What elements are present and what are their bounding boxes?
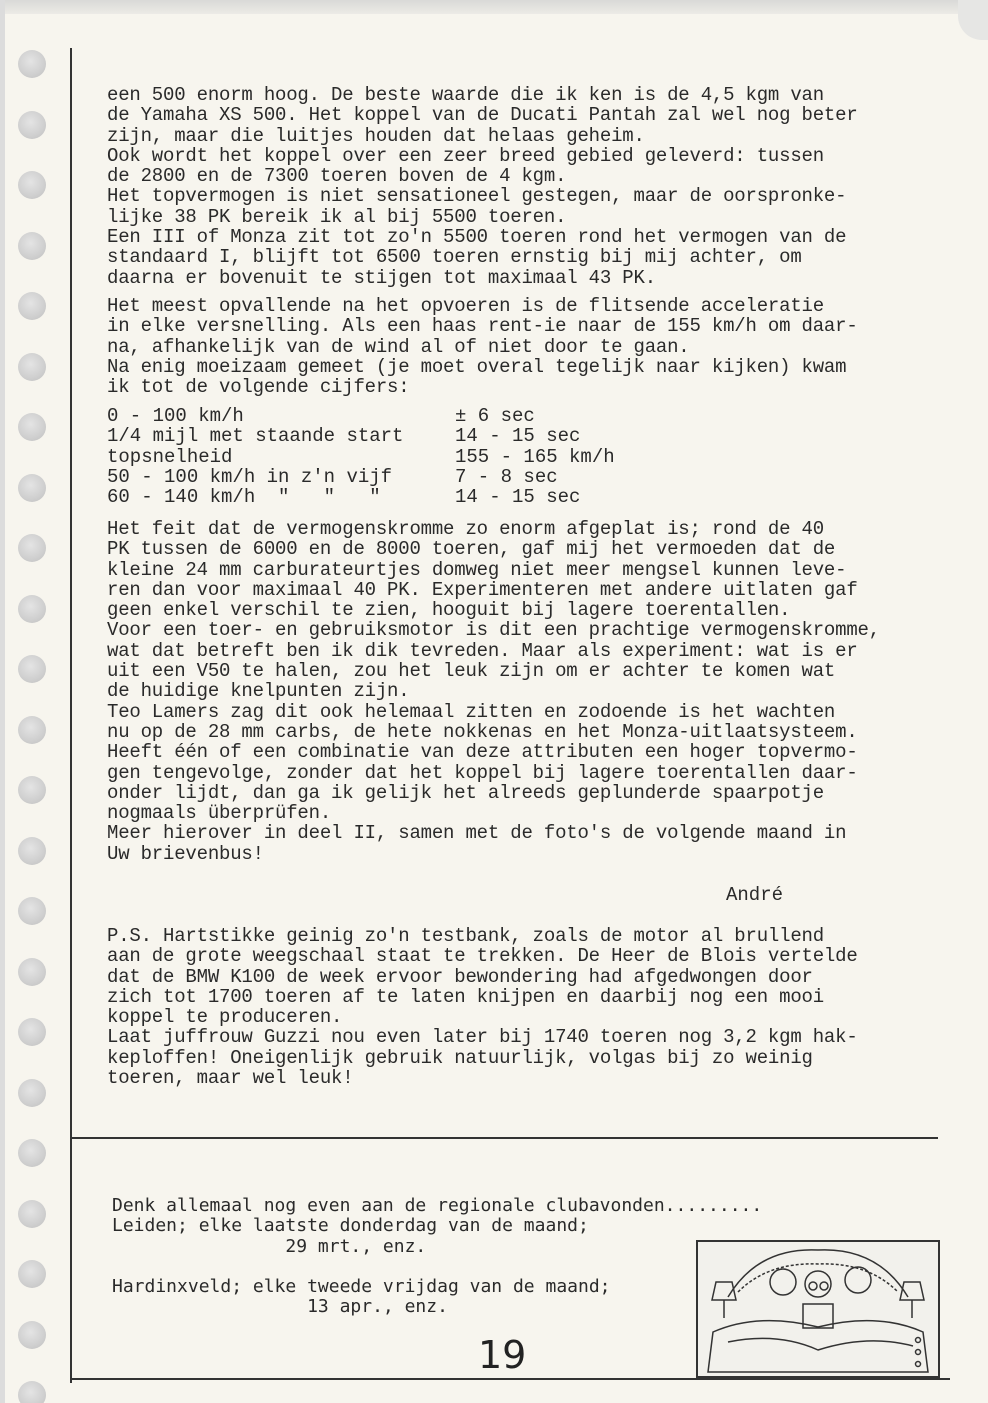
text-line: Het meest opvallende na het opvoeren is … bbox=[107, 296, 967, 316]
text-line: de huidige knelpunten zijn. bbox=[107, 681, 967, 701]
text-line: Hardinxveld; elke tweede vrijdag van de … bbox=[112, 1276, 762, 1296]
acceleration-table: 0 - 100 km/h± 6 sec1/4 mijl met staande … bbox=[107, 406, 615, 507]
text-line bbox=[112, 1256, 762, 1276]
measurement-label: topsnelheid bbox=[107, 447, 455, 467]
text-line: daarna er bovenuit te stijgen tot maxima… bbox=[107, 268, 967, 288]
text-line: Voor een toer- en gebruiksmotor is dit e… bbox=[107, 620, 967, 640]
text-line: Na enig moeizaam gemeet (je moet overal … bbox=[107, 357, 967, 377]
section-divider-top bbox=[70, 1137, 938, 1139]
text-line: lijke 38 PK bereik ik al bij 5500 toeren… bbox=[107, 207, 967, 227]
text-line: dat de BMW K100 de week ervoor bewonderi… bbox=[107, 967, 967, 987]
article-paragraph-1: een 500 enorm hoog. De beste waarde die … bbox=[107, 85, 967, 288]
bed-scene-icon bbox=[698, 1242, 938, 1376]
table-row: 50 - 100 km/h in z'n vijf7 - 8 sec bbox=[107, 467, 615, 487]
text-line: nu op de 28 mm carbs, de hete nokkenas e… bbox=[107, 722, 967, 742]
binder-hole bbox=[18, 1018, 46, 1046]
binder-hole bbox=[18, 655, 46, 683]
measurement-value: 14 - 15 sec bbox=[455, 426, 580, 446]
text-line: Het topvermogen is niet sensationeel ges… bbox=[107, 186, 967, 206]
text-line: kleine 24 mm carburateurtjes domweg niet… bbox=[107, 560, 967, 580]
text-line: Meer hierover in deel II, samen met de f… bbox=[107, 823, 967, 843]
binder-hole bbox=[18, 171, 46, 199]
section-divider-bottom bbox=[70, 1378, 950, 1380]
article-paragraph-2: Het meest opvallende na het opvoeren is … bbox=[107, 296, 967, 397]
text-line: Denk allemaal nog even aan de regionale … bbox=[112, 1195, 762, 1215]
binder-hole bbox=[18, 1079, 46, 1107]
text-line: uit een V50 te halen, zou het leuk zijn … bbox=[107, 661, 967, 681]
binder-hole bbox=[18, 232, 46, 260]
text-line: Laat juffrouw Guzzi nou even later bij 1… bbox=[107, 1027, 967, 1047]
measurement-value: 7 - 8 sec bbox=[455, 467, 558, 487]
text-line: Het feit dat de vermogenskromme zo enorm… bbox=[107, 519, 967, 539]
binder-hole bbox=[18, 595, 46, 623]
measurement-value: ± 6 sec bbox=[455, 406, 535, 426]
text-line: nogmaals überprüfen. bbox=[107, 803, 967, 823]
text-line: 13 apr., enz. bbox=[112, 1296, 762, 1316]
margin-line bbox=[70, 48, 72, 1383]
text-line: zich tot 1700 toeren af te laten knijpen… bbox=[107, 987, 967, 1007]
binder-hole bbox=[18, 50, 46, 78]
article-paragraph-3: Het feit dat de vermogenskromme zo enorm… bbox=[107, 519, 967, 864]
binder-hole bbox=[18, 837, 46, 865]
measurement-label: 50 - 100 km/h in z'n vijf bbox=[107, 467, 455, 487]
text-line: Een III of Monza zit tot zo'n 5500 toere… bbox=[107, 227, 967, 247]
table-row: 60 - 140 km/h " " "14 - 15 sec bbox=[107, 487, 615, 507]
page-top-shadow bbox=[0, 0, 988, 14]
binder-hole bbox=[18, 353, 46, 381]
text-line: PK tussen de 6000 en de 8000 toeren, gaf… bbox=[107, 539, 967, 559]
text-line: Uw brievenbus! bbox=[107, 844, 967, 864]
binder-hole bbox=[18, 716, 46, 744]
page-left-edge bbox=[0, 0, 5, 1403]
text-line: Teo Lamers zag dit ook helemaal zitten e… bbox=[107, 702, 967, 722]
binder-hole bbox=[18, 413, 46, 441]
text-line: ren dan voor maximaal 40 PK. Experimente… bbox=[107, 580, 967, 600]
binder-hole bbox=[18, 1200, 46, 1228]
binder-hole bbox=[18, 897, 46, 925]
text-line: geen enkel verschil te zien, hooguit bij… bbox=[107, 600, 967, 620]
binder-hole bbox=[18, 1260, 46, 1288]
measurement-label: 1/4 mijl met staande start bbox=[107, 426, 455, 446]
text-line: P.S. Hartstikke geinig zo'n testbank, zo… bbox=[107, 926, 967, 946]
text-line: de Yamaha XS 500. Het koppel van de Duca… bbox=[107, 105, 967, 125]
measurement-label: 0 - 100 km/h bbox=[107, 406, 455, 426]
binder-hole bbox=[18, 111, 46, 139]
table-row: 0 - 100 km/h± 6 sec bbox=[107, 406, 615, 426]
text-line: aan de grote weegschaal staat te trekken… bbox=[107, 946, 967, 966]
binder-hole bbox=[18, 776, 46, 804]
text-line: gen tengevolge, zonder dat het koppel bi… bbox=[107, 763, 967, 783]
author-signature: André bbox=[726, 884, 783, 906]
measurement-value: 155 - 165 km/h bbox=[455, 447, 615, 467]
binder-hole bbox=[18, 1381, 46, 1403]
cartoon-illustration bbox=[696, 1240, 940, 1378]
text-line: een 500 enorm hoog. De beste waarde die … bbox=[107, 85, 967, 105]
measurement-value: 14 - 15 sec bbox=[455, 487, 580, 507]
binder-hole bbox=[18, 292, 46, 320]
binder-hole bbox=[18, 958, 46, 986]
text-line: wat dat betreft ben ik dik tevreden. Maa… bbox=[107, 641, 967, 661]
text-line: de 2800 en de 7300 toeren boven de 4 kgm… bbox=[107, 166, 967, 186]
club-evenings-notice: Denk allemaal nog even aan de regionale … bbox=[112, 1195, 762, 1317]
table-row: topsnelheid155 - 165 km/h bbox=[107, 447, 615, 467]
text-line: Ook wordt het koppel over een zeer breed… bbox=[107, 146, 967, 166]
text-line: standaard I, blijft tot 6500 toeren erns… bbox=[107, 247, 967, 267]
page-number: 19 bbox=[478, 1333, 526, 1377]
binder-hole bbox=[18, 1321, 46, 1349]
text-line: Heeft één of een combinatie van deze att… bbox=[107, 742, 967, 762]
text-line: toeren, maar wel leuk! bbox=[107, 1068, 967, 1088]
binder-hole bbox=[18, 474, 46, 502]
text-line: zijn, maar die luitjes houden dat helaas… bbox=[107, 126, 967, 146]
binder-hole bbox=[18, 1139, 46, 1167]
text-line: koppel te produceren. bbox=[107, 1007, 967, 1027]
postscript: P.S. Hartstikke geinig zo'n testbank, zo… bbox=[107, 926, 967, 1088]
text-line: ik tot de volgende cijfers: bbox=[107, 377, 967, 397]
text-line: 29 mrt., enz. bbox=[112, 1236, 762, 1256]
text-line: keploffen! Oneigenlijk gebruik natuurlij… bbox=[107, 1048, 967, 1068]
binder-hole bbox=[18, 534, 46, 562]
text-line: na, afhankelijk van de wind al of niet d… bbox=[107, 337, 967, 357]
text-line: Leiden; elke laatste donderdag van de ma… bbox=[112, 1215, 762, 1235]
table-row: 1/4 mijl met staande start14 - 15 sec bbox=[107, 426, 615, 446]
text-line: onder lijdt, dan ga ik gelijk het alreed… bbox=[107, 783, 967, 803]
measurement-label: 60 - 140 km/h " " " bbox=[107, 487, 455, 507]
text-line: in elke versnelling. Als een haas rent-i… bbox=[107, 316, 967, 336]
page-corner bbox=[958, 0, 988, 40]
